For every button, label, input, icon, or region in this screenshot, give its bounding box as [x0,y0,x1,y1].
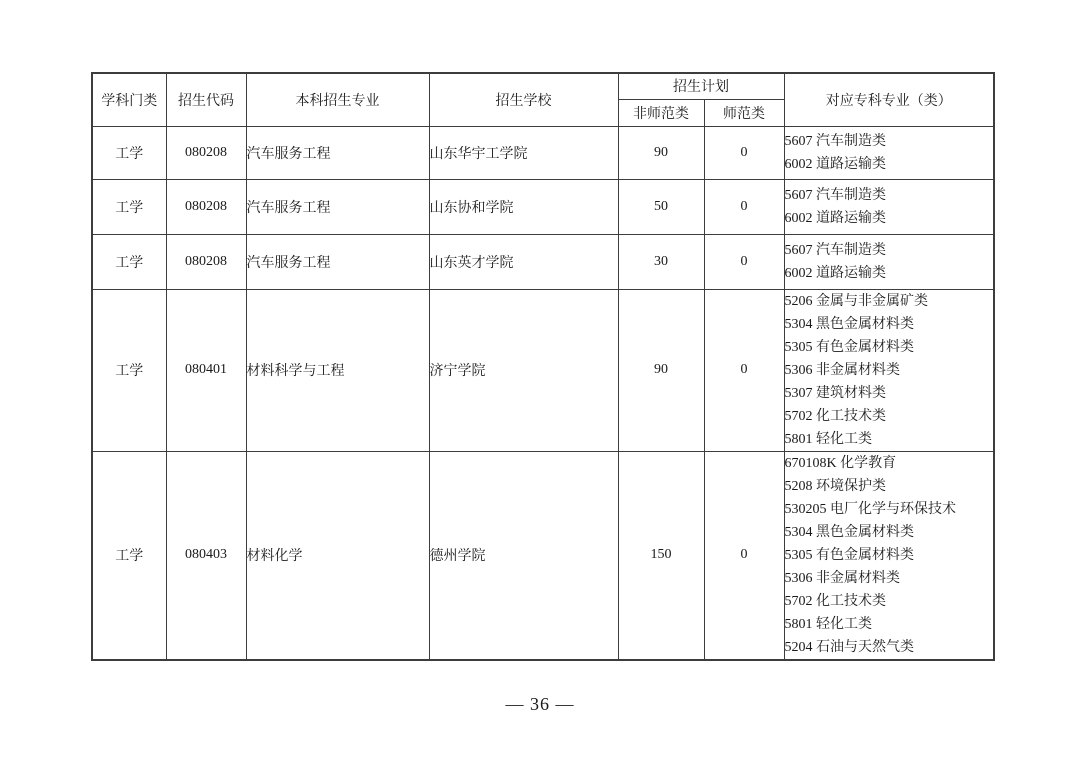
cell-vocational: 670108K 化学教育 5208 环境保护类 530205 电厂化学与环保技术… [784,451,994,660]
vocational-item: 5305 有色金属材料类 [785,336,994,359]
vocational-item: 5304 黑色金属材料类 [785,313,994,336]
header-plan-normal: 师范类 [704,99,784,126]
table-row: 工学 080208 汽车服务工程 山东英才学院 30 0 5607 汽车制造类 … [92,234,994,289]
vocational-item: 6002 道路运输类 [785,153,994,176]
table-row: 工学 080401 材料科学与工程 济宁学院 90 0 5206 金属与非金属矿… [92,289,994,451]
cell-normal: 0 [704,234,784,289]
vocational-item: 670108K 化学教育 [785,452,994,475]
cell-school: 济宁学院 [429,289,618,451]
cell-non-normal: 90 [618,126,704,179]
cell-non-normal: 150 [618,451,704,660]
vocational-item: 5206 金属与非金属矿类 [785,290,994,313]
cell-vocational: 5607 汽车制造类 6002 道路运输类 [784,126,994,179]
vocational-item: 5702 化工技术类 [785,405,994,428]
cell-school: 山东华宇工学院 [429,126,618,179]
cell-major: 汽车服务工程 [246,126,429,179]
cell-non-normal: 90 [618,289,704,451]
cell-normal: 0 [704,451,784,660]
header-code: 招生代码 [166,73,246,126]
cell-major: 汽车服务工程 [246,234,429,289]
page-number: — 36 — [0,694,1080,715]
table-row: 工学 080208 汽车服务工程 山东协和学院 50 0 5607 汽车制造类 … [92,179,994,234]
document-page: 学科门类 招生代码 本科招生专业 招生学校 招生计划 对应专科专业（类） 非师范… [0,0,1080,764]
cell-major: 汽车服务工程 [246,179,429,234]
cell-discipline: 工学 [92,451,166,660]
vocational-item: 530205 电厂化学与环保技术 [785,498,994,521]
cell-normal: 0 [704,179,784,234]
vocational-item: 5607 汽车制造类 [785,130,994,153]
vocational-item: 5306 非金属材料类 [785,359,994,382]
cell-vocational: 5206 金属与非金属矿类 5304 黑色金属材料类 5305 有色金属材料类 … [784,289,994,451]
header-row-top: 学科门类 招生代码 本科招生专业 招生学校 招生计划 对应专科专业（类） [92,73,994,99]
vocational-item: 5801 轻化工类 [785,428,994,451]
vocational-item: 5208 环境保护类 [785,475,994,498]
vocational-item: 5801 轻化工类 [785,613,994,636]
table-row: 工学 080208 汽车服务工程 山东华宇工学院 90 0 5607 汽车制造类… [92,126,994,179]
cell-vocational: 5607 汽车制造类 6002 道路运输类 [784,234,994,289]
header-vocational: 对应专科专业（类） [784,73,994,126]
cell-normal: 0 [704,289,784,451]
header-major: 本科招生专业 [246,73,429,126]
cell-discipline: 工学 [92,289,166,451]
cell-school: 山东英才学院 [429,234,618,289]
header-plan-non-normal: 非师范类 [618,99,704,126]
cell-discipline: 工学 [92,126,166,179]
table-row: 工学 080403 材料化学 德州学院 150 0 670108K 化学教育 5… [92,451,994,660]
header-school: 招生学校 [429,73,618,126]
enrollment-plan-table: 学科门类 招生代码 本科招生专业 招生学校 招生计划 对应专科专业（类） 非师范… [91,72,995,661]
cell-non-normal: 50 [618,179,704,234]
vocational-item: 6002 道路运输类 [785,207,994,230]
vocational-item: 5204 石油与天然气类 [785,636,994,659]
cell-vocational: 5607 汽车制造类 6002 道路运输类 [784,179,994,234]
cell-school: 山东协和学院 [429,179,618,234]
cell-discipline: 工学 [92,234,166,289]
vocational-item: 6002 道路运输类 [785,262,994,285]
cell-major: 材料科学与工程 [246,289,429,451]
cell-non-normal: 30 [618,234,704,289]
vocational-item: 5607 汽车制造类 [785,239,994,262]
header-discipline: 学科门类 [92,73,166,126]
cell-code: 080401 [166,289,246,451]
cell-school: 德州学院 [429,451,618,660]
cell-code: 080208 [166,234,246,289]
vocational-item: 5607 汽车制造类 [785,184,994,207]
cell-major: 材料化学 [246,451,429,660]
cell-discipline: 工学 [92,179,166,234]
cell-normal: 0 [704,126,784,179]
cell-code: 080208 [166,179,246,234]
vocational-item: 5306 非金属材料类 [785,567,994,590]
header-plan: 招生计划 [618,73,784,99]
cell-code: 080403 [166,451,246,660]
vocational-item: 5307 建筑材料类 [785,382,994,405]
vocational-item: 5702 化工技术类 [785,590,994,613]
vocational-item: 5304 黑色金属材料类 [785,521,994,544]
vocational-item: 5305 有色金属材料类 [785,544,994,567]
cell-code: 080208 [166,126,246,179]
